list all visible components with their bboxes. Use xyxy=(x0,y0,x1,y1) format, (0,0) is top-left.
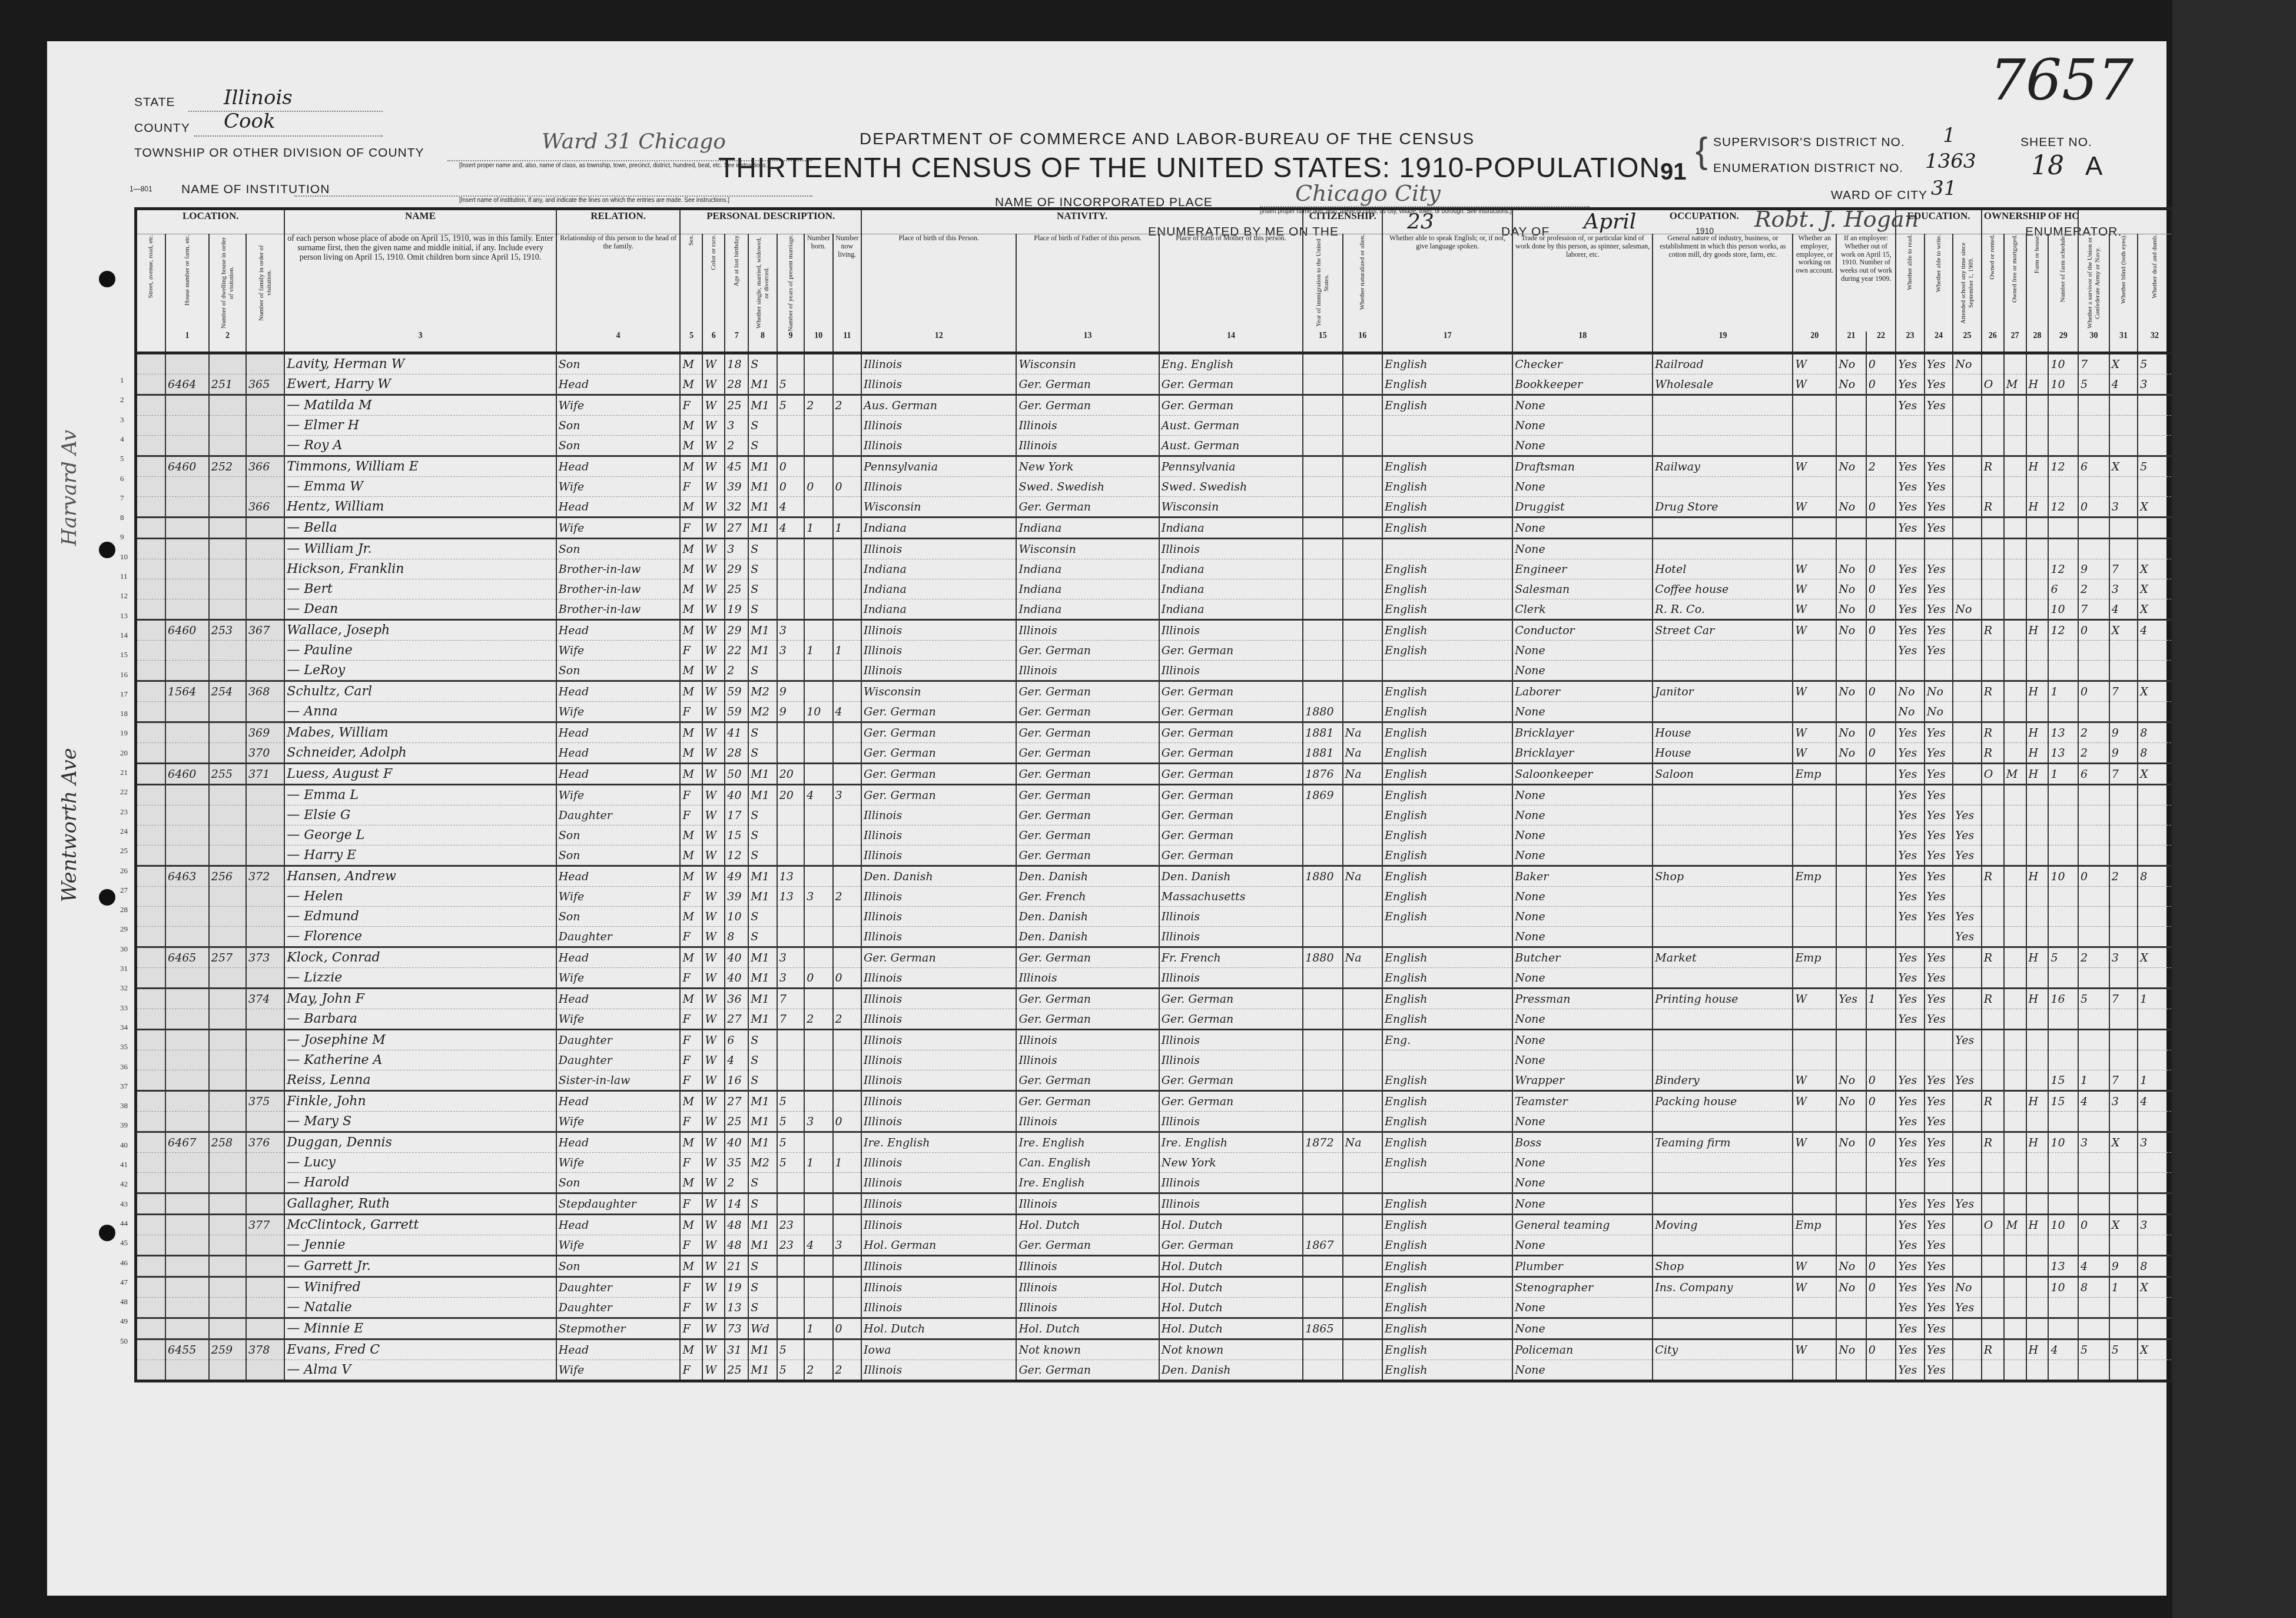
weeks-unemployed: 0 xyxy=(1866,1132,1896,1153)
house-number-cell xyxy=(165,1318,209,1340)
children-living xyxy=(833,661,861,681)
street-cell xyxy=(136,1298,166,1318)
immigration-year xyxy=(1303,1340,1342,1360)
language: English xyxy=(1382,968,1512,989)
attended-school xyxy=(1953,785,1981,805)
age: 25 xyxy=(725,1360,748,1381)
years-married xyxy=(777,661,804,681)
occupation-trade: None xyxy=(1512,1193,1653,1215)
mother-birthplace: Aust. German xyxy=(1159,436,1303,456)
language: English xyxy=(1382,1360,1512,1381)
years-married xyxy=(777,825,804,846)
house-number-cell xyxy=(165,1173,209,1193)
attended-school xyxy=(1953,374,1981,395)
sex: M xyxy=(680,1256,702,1277)
employer-status: W xyxy=(1793,1277,1836,1298)
age: 40 xyxy=(725,968,748,989)
race: W xyxy=(702,1132,725,1153)
sheet-side: A xyxy=(2085,152,2102,181)
table-row: 1564254368Schultz, CarlHeadMW59M29Wiscon… xyxy=(136,681,2173,702)
can-write xyxy=(1925,436,1953,456)
out-of-work xyxy=(1836,1235,1866,1256)
stamp-number: 7657 xyxy=(1990,47,2134,113)
years-married xyxy=(777,1277,804,1298)
relationship: Daughter xyxy=(556,1298,681,1318)
col-sex: Sex. xyxy=(688,234,695,246)
relationship: Brother-in-law xyxy=(556,579,681,599)
employer-status xyxy=(1793,1050,1836,1070)
line-number: 26 xyxy=(120,866,128,876)
farm-schedule xyxy=(2048,825,2078,846)
ward-value: 31 xyxy=(1931,177,1956,200)
column-number: 14 xyxy=(1159,331,1303,353)
house-number-cell xyxy=(165,1277,209,1298)
free-mortgaged xyxy=(2004,887,2026,907)
race: W xyxy=(702,661,725,681)
father-birthplace: Ger. German xyxy=(1016,681,1159,702)
age: 25 xyxy=(725,579,748,599)
occupation-industry xyxy=(1653,702,1793,722)
person-name: Lavity, Herman W xyxy=(284,353,556,374)
marital-status: M1 xyxy=(748,395,777,416)
race: W xyxy=(702,722,725,743)
free-mortgaged xyxy=(2004,927,2026,947)
father-birthplace: Den. Danish xyxy=(1016,927,1159,947)
mother-birthplace: Eng. English xyxy=(1159,353,1303,374)
owned-rented xyxy=(1982,1173,2004,1193)
veteran xyxy=(2078,1050,2109,1070)
free-mortgaged xyxy=(2004,825,2026,846)
children-living: 1 xyxy=(833,1153,861,1173)
can-read: Yes xyxy=(1896,518,1924,539)
dwelling-number-cell xyxy=(209,927,246,947)
owned-rented xyxy=(1982,559,2004,579)
family-number-cell: 377 xyxy=(246,1215,284,1235)
birthplace: Den. Danish xyxy=(861,866,1016,887)
father-birthplace: Ger. German xyxy=(1016,825,1159,846)
person-name: May, John F xyxy=(284,989,556,1009)
free-mortgaged xyxy=(2004,1153,2026,1173)
language: English xyxy=(1382,825,1512,846)
dwelling-number-cell xyxy=(209,416,246,436)
weeks-unemployed: 0 xyxy=(1866,743,1896,764)
farm-schedule xyxy=(2048,416,2078,436)
relationship: Son xyxy=(556,353,681,374)
farm-house: H xyxy=(2026,1340,2049,1360)
occupation-industry: Drug Store xyxy=(1653,497,1793,518)
family-number-cell xyxy=(246,1256,284,1277)
father-birthplace: Illinois xyxy=(1016,436,1159,456)
language xyxy=(1382,661,1512,681)
sex: F xyxy=(680,1009,702,1030)
blind xyxy=(2109,1173,2138,1193)
immigration-year xyxy=(1303,579,1342,599)
children-living xyxy=(833,497,861,518)
can-read: Yes xyxy=(1896,1132,1924,1153)
line-number: 17 xyxy=(120,689,128,699)
children-born: 1 xyxy=(804,1318,832,1340)
age: 48 xyxy=(725,1215,748,1235)
out-of-work xyxy=(1836,907,1866,927)
line-number: 18 xyxy=(120,709,128,718)
can-write: Yes xyxy=(1925,1340,1953,1360)
race: W xyxy=(702,1340,725,1360)
occupation-industry xyxy=(1653,1298,1793,1318)
father-birthplace: Indiana xyxy=(1016,579,1159,599)
street-cell xyxy=(136,436,166,456)
state-value: Illinois xyxy=(224,86,293,110)
line-number: 9 xyxy=(120,532,124,542)
deaf xyxy=(2138,518,2172,539)
can-read: Yes xyxy=(1896,1070,1924,1091)
years-married: 3 xyxy=(777,968,804,989)
can-write: No xyxy=(1925,681,1953,702)
family-number-cell xyxy=(246,805,284,825)
relationship: Head xyxy=(556,1132,681,1153)
col-street: Street, avenue, road, etc. xyxy=(147,234,155,298)
age: 39 xyxy=(725,477,748,497)
years-married: 5 xyxy=(777,1340,804,1360)
father-birthplace: Swed. Swedish xyxy=(1016,477,1159,497)
birthplace: Illinois xyxy=(861,661,1016,681)
table-row: — Josephine MDaughterFW6SIllinoisIllinoi… xyxy=(136,1030,2173,1050)
relationship: Head xyxy=(556,866,681,887)
mother-birthplace: Hol. Dutch xyxy=(1159,1318,1303,1340)
farm-house: H xyxy=(2026,1132,2049,1153)
employer-status xyxy=(1793,968,1836,989)
table-row: — George LSonMW15SIllinoisGer. GermanGer… xyxy=(136,825,2173,846)
children-living xyxy=(833,681,861,702)
table-row: — LeRoySonMW2SIllinoisIllinoisIllinoisNo… xyxy=(136,661,2173,681)
table-row: — NatalieDaughterFW13SIllinoisIllinoisHo… xyxy=(136,1298,2173,1318)
table-row: — BarbaraWifeFW27M1722IllinoisGer. Germa… xyxy=(136,1009,2173,1030)
children-born: 2 xyxy=(804,395,832,416)
language: English xyxy=(1382,1298,1512,1318)
table-row: — DeanBrother-in-lawMW19SIndianaIndianaI… xyxy=(136,599,2173,620)
col-marital: Whether single, married, widowed, or div… xyxy=(755,234,770,331)
employer-status: W xyxy=(1793,1132,1836,1153)
children-living xyxy=(833,743,861,764)
person-name: — Roy A xyxy=(284,436,556,456)
marital-status: S xyxy=(748,661,777,681)
out-of-work xyxy=(1836,927,1866,947)
weeks-unemployed: 0 xyxy=(1866,1256,1896,1277)
can-read: Yes xyxy=(1896,1153,1924,1173)
farm-schedule: 10 xyxy=(2048,374,2078,395)
line-number: 42 xyxy=(120,1179,128,1189)
children-born xyxy=(804,661,832,681)
sex: F xyxy=(680,1360,702,1381)
years-married xyxy=(777,846,804,866)
children-born xyxy=(804,1193,832,1215)
farm-house xyxy=(2026,477,2049,497)
mother-birthplace: Massachusetts xyxy=(1159,887,1303,907)
birthplace: Illinois xyxy=(861,805,1016,825)
col-blind: Whether blind (both eyes). xyxy=(2120,234,2128,304)
column-number: 7 xyxy=(725,331,748,353)
children-born xyxy=(804,416,832,436)
family-number-cell xyxy=(246,1318,284,1340)
children-living xyxy=(833,947,861,968)
person-name: — Emma L xyxy=(284,785,556,805)
line-number: 29 xyxy=(120,924,128,934)
farm-house: H xyxy=(2026,764,2049,785)
street-cell xyxy=(136,743,166,764)
mother-birthplace: Illinois xyxy=(1159,620,1303,641)
can-write: Yes xyxy=(1925,1153,1953,1173)
father-birthplace: Ger. German xyxy=(1016,743,1159,764)
relationship: Son xyxy=(556,1256,681,1277)
institution-hint: [Insert name of institution, if any, and… xyxy=(459,197,729,204)
blind: 3 xyxy=(2109,947,2138,968)
race: W xyxy=(702,599,725,620)
language: English xyxy=(1382,395,1512,416)
veteran xyxy=(2078,1173,2109,1193)
race: W xyxy=(702,1235,725,1256)
farm-schedule xyxy=(2048,887,2078,907)
blind: 2 xyxy=(2109,866,2138,887)
marital-status: M1 xyxy=(748,374,777,395)
street-cell xyxy=(136,785,166,805)
occupation-trade: Checker xyxy=(1512,353,1653,374)
marital-status: M1 xyxy=(748,1009,777,1030)
race: W xyxy=(702,1318,725,1340)
farm-schedule xyxy=(2048,1030,2078,1050)
table-row: — LucyWifeFW35M2511IllinoisCan. EnglishN… xyxy=(136,1153,2173,1173)
attended-school xyxy=(1953,661,1981,681)
children-living xyxy=(833,1173,861,1193)
house-number-cell xyxy=(165,1050,209,1070)
farm-house xyxy=(2026,1112,2049,1132)
naturalization xyxy=(1343,927,1382,947)
marital-status: M1 xyxy=(748,518,777,539)
street-cell xyxy=(136,968,166,989)
veteran: 2 xyxy=(2078,743,2109,764)
house-number-cell xyxy=(165,1112,209,1132)
table-row: Gallagher, RuthStepdaughterFW14SIllinois… xyxy=(136,1193,2173,1215)
employer-status xyxy=(1793,661,1836,681)
employer-status: W xyxy=(1793,579,1836,599)
veteran xyxy=(2078,846,2109,866)
street-cell xyxy=(136,1030,166,1050)
father-birthplace: Illinois xyxy=(1016,1050,1159,1070)
col-age: Age at last birthday. xyxy=(733,234,741,286)
immigration-year xyxy=(1303,907,1342,927)
line-number: 3 xyxy=(120,415,124,425)
birthplace: Illinois xyxy=(861,887,1016,907)
house-number-cell xyxy=(165,1360,209,1381)
farm-house: H xyxy=(2026,1215,2049,1235)
occupation-industry xyxy=(1653,641,1793,661)
children-living xyxy=(833,989,861,1009)
house-number-cell xyxy=(165,846,209,866)
language: Eng. xyxy=(1382,1030,1512,1050)
marital-status: S xyxy=(748,743,777,764)
attended-school xyxy=(1953,559,1981,579)
children-living: 1 xyxy=(833,518,861,539)
person-name: Duggan, Dennis xyxy=(284,1132,556,1153)
veteran xyxy=(2078,416,2109,436)
dwelling-number-cell xyxy=(209,1070,246,1091)
age: 31 xyxy=(725,1340,748,1360)
family-number-cell: 372 xyxy=(246,866,284,887)
relationship: Head xyxy=(556,764,681,785)
birthplace: Illinois xyxy=(861,927,1016,947)
marital-status: M1 xyxy=(748,764,777,785)
children-born: 0 xyxy=(804,477,832,497)
owned-rented xyxy=(1982,395,2004,416)
farm-house xyxy=(2026,825,2049,846)
dwelling-number-cell xyxy=(209,353,246,374)
farm-schedule xyxy=(2048,1050,2078,1070)
employer-status xyxy=(1793,1298,1836,1318)
language xyxy=(1382,927,1512,947)
veteran xyxy=(2078,1009,2109,1030)
attended-school: Yes xyxy=(1953,907,1981,927)
mother-birthplace: Ger. German xyxy=(1159,805,1303,825)
birthplace: Wisconsin xyxy=(861,497,1016,518)
naturalization xyxy=(1343,1298,1382,1318)
can-write xyxy=(1925,927,1953,947)
years-married: 20 xyxy=(777,785,804,805)
immigration-year xyxy=(1303,1153,1342,1173)
col-owned-rented: Owned or rented. xyxy=(1989,234,1996,280)
veteran xyxy=(2078,1030,2109,1050)
family-number-cell xyxy=(246,1193,284,1215)
farm-house xyxy=(2026,907,2049,927)
attended-school xyxy=(1953,641,1981,661)
farm-house: H xyxy=(2026,743,2049,764)
owned-rented xyxy=(1982,477,2004,497)
column-number: 23 xyxy=(1896,331,1924,353)
age: 36 xyxy=(725,989,748,1009)
column-number: 1 xyxy=(165,331,209,353)
naturalization xyxy=(1343,1009,1382,1030)
father-birthplace: Wisconsin xyxy=(1016,353,1159,374)
attended-school xyxy=(1953,416,1981,436)
mother-birthplace: Ger. German xyxy=(1159,846,1303,866)
race: W xyxy=(702,518,725,539)
race: W xyxy=(702,353,725,374)
attended-school xyxy=(1953,989,1981,1009)
street-cell xyxy=(136,1215,166,1235)
farm-house xyxy=(2026,518,2049,539)
immigration-year: 1880 xyxy=(1303,947,1342,968)
birthplace: Illinois xyxy=(861,436,1016,456)
farm-house xyxy=(2026,579,2049,599)
occupation-trade: None xyxy=(1512,907,1653,927)
employer-status: W xyxy=(1793,1091,1836,1112)
immigration-year xyxy=(1303,927,1342,947)
line-number: 19 xyxy=(120,728,128,738)
free-mortgaged: M xyxy=(2004,764,2026,785)
weeks-unemployed xyxy=(1866,518,1896,539)
table-row: — Garrett Jr.SonMW21SIllinoisIllinoisHol… xyxy=(136,1256,2173,1277)
marital-status: M1 xyxy=(748,968,777,989)
blind xyxy=(2109,825,2138,846)
race: W xyxy=(702,1030,725,1050)
farm-house: H xyxy=(2026,866,2049,887)
farm-schedule xyxy=(2048,395,2078,416)
header-misc xyxy=(2078,209,2172,234)
mother-birthplace: Den. Danish xyxy=(1159,1360,1303,1381)
attended-school xyxy=(1953,395,1981,416)
farm-schedule: 10 xyxy=(2048,599,2078,620)
attended-school: No xyxy=(1953,353,1981,374)
children-living xyxy=(833,1277,861,1298)
col-write: Whether able to write. xyxy=(1935,234,1943,292)
age: 40 xyxy=(725,1132,748,1153)
family-number-cell xyxy=(246,887,284,907)
line-number: 6 xyxy=(120,474,124,483)
children-born xyxy=(804,1070,832,1091)
free-mortgaged xyxy=(2004,743,2026,764)
relationship: Daughter xyxy=(556,927,681,947)
children-born xyxy=(804,497,832,518)
dwelling-number-cell xyxy=(209,1091,246,1112)
table-row: 6467258376Duggan, DennisHeadMW40M15Ire. … xyxy=(136,1132,2173,1153)
relationship: Son xyxy=(556,661,681,681)
language: English xyxy=(1382,681,1512,702)
street-cell xyxy=(136,681,166,702)
race: W xyxy=(702,416,725,436)
column-number: 26 xyxy=(1982,331,2004,353)
naturalization xyxy=(1343,846,1382,866)
father-birthplace: Illinois xyxy=(1016,620,1159,641)
owned-rented: R xyxy=(1982,681,2004,702)
birthplace: Ger. German xyxy=(861,743,1016,764)
birthplace: Illinois xyxy=(861,620,1016,641)
house-number-cell xyxy=(165,702,209,722)
birthplace: Illinois xyxy=(861,968,1016,989)
birthplace: Illinois xyxy=(861,825,1016,846)
deaf xyxy=(2138,1235,2172,1256)
line-number: 21 xyxy=(120,768,128,777)
sex: F xyxy=(680,702,702,722)
punch-hole-icon xyxy=(99,889,115,906)
mother-birthplace: Ger. German xyxy=(1159,374,1303,395)
age: 2 xyxy=(725,1173,748,1193)
employer-status xyxy=(1793,1009,1836,1030)
relationship: Head xyxy=(556,497,681,518)
race: W xyxy=(702,1193,725,1215)
can-write: Yes xyxy=(1925,1235,1953,1256)
children-living: 4 xyxy=(833,702,861,722)
free-mortgaged: M xyxy=(2004,374,2026,395)
free-mortgaged xyxy=(2004,416,2026,436)
family-number-cell xyxy=(246,785,284,805)
children-born xyxy=(804,620,832,641)
sex: M xyxy=(680,620,702,641)
out-of-work xyxy=(1836,1215,1866,1235)
years-married xyxy=(777,1298,804,1318)
children-living: 2 xyxy=(833,1009,861,1030)
table-row: — HelenWifeFW39M11332IllinoisGer. French… xyxy=(136,887,2173,907)
farm-house xyxy=(2026,846,2049,866)
can-read: Yes xyxy=(1896,395,1924,416)
owned-rented xyxy=(1982,1235,2004,1256)
farm-house: H xyxy=(2026,497,2049,518)
race: W xyxy=(702,947,725,968)
family-number-cell xyxy=(246,641,284,661)
col-children-living: Number now living. xyxy=(833,234,861,332)
veteran xyxy=(2078,968,2109,989)
employer-status: W xyxy=(1793,374,1836,395)
farm-schedule: 15 xyxy=(2048,1070,2078,1091)
years-married xyxy=(777,1193,804,1215)
column-number: 3 xyxy=(284,331,556,353)
relationship: Wife xyxy=(556,702,681,722)
